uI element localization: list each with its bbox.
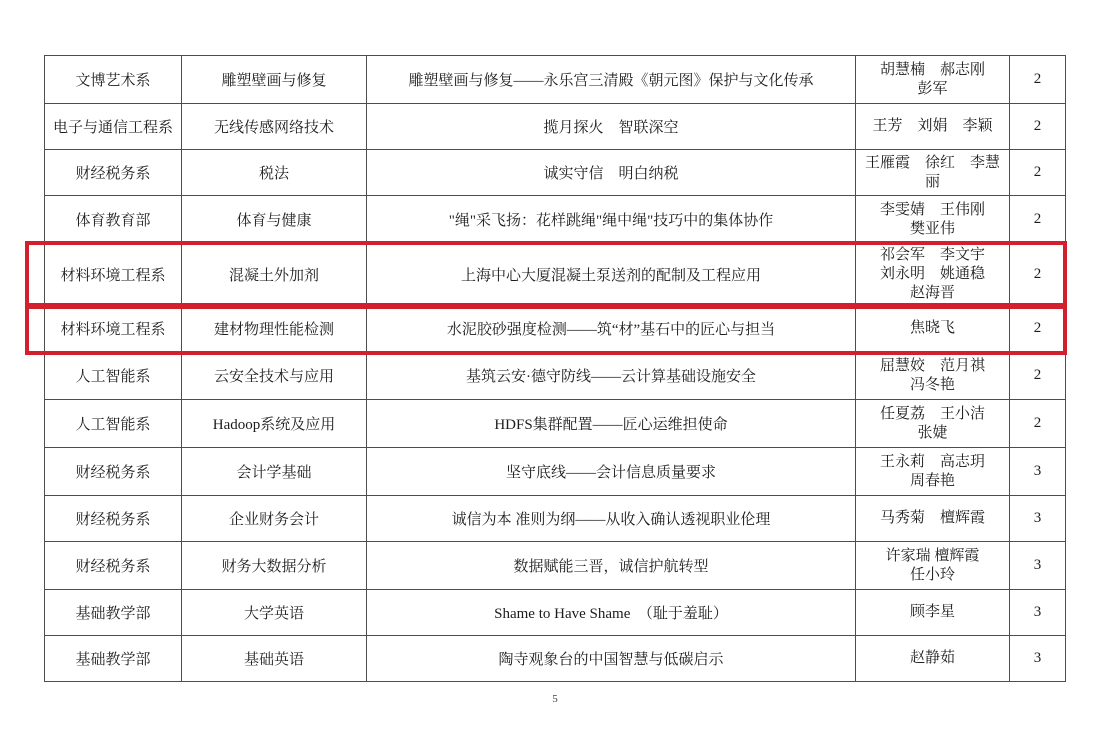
- teachers-cell: 祁会军 李文宇 刘永明 姚通稳 赵海晋: [856, 244, 1010, 306]
- title-cell: 上海中心大厦混凝土泵送剂的配制及工程应用: [367, 244, 856, 306]
- table-row: 基础教学部大学英语Shame to Have Shame （耻于羞耻）顾李星3: [45, 590, 1066, 636]
- table-row: 财经税务系会计学基础坚守底线——会计信息质量要求王永莉 高志玥 周春艳3: [45, 448, 1066, 496]
- department-cell: 电子与通信工程系: [45, 104, 182, 150]
- table-row: 财经税务系税法诚实守信 明白纳税王雁霞 徐红 李慧丽2: [45, 150, 1066, 196]
- title-cell: 诚信为本 准则为纲——从收入确认透视职业伦理: [367, 496, 856, 542]
- department-cell: 财经税务系: [45, 496, 182, 542]
- teachers-cell: 王芳 刘娟 李颖: [856, 104, 1010, 150]
- count-cell: 3: [1010, 542, 1066, 590]
- table-row: 人工智能系Hadoop系统及应用HDFS集群配置——匠心运维担使命任夏荔 王小洁…: [45, 400, 1066, 448]
- course-cell: 体育与健康: [182, 196, 367, 244]
- course-cell: 财务大数据分析: [182, 542, 367, 590]
- count-cell: 2: [1010, 150, 1066, 196]
- title-cell: HDFS集群配置——匠心运维担使命: [367, 400, 856, 448]
- course-cell: 建材物理性能检测: [182, 306, 367, 352]
- courses-table: 文博艺术系雕塑壁画与修复雕塑壁画与修复——永乐宫三清殿《朝元图》保护与文化传承胡…: [44, 55, 1066, 682]
- department-cell: 财经税务系: [45, 542, 182, 590]
- teachers-cell: 马秀菊 檀辉霞: [856, 496, 1010, 542]
- count-cell: 2: [1010, 352, 1066, 400]
- title-cell: 揽月探火 智联深空: [367, 104, 856, 150]
- title-cell: 坚守底线——会计信息质量要求: [367, 448, 856, 496]
- count-cell: 2: [1010, 306, 1066, 352]
- teachers-cell: 顾李星: [856, 590, 1010, 636]
- course-cell: 税法: [182, 150, 367, 196]
- department-cell: 人工智能系: [45, 400, 182, 448]
- teachers-cell: 任夏荔 王小洁 张婕: [856, 400, 1010, 448]
- course-cell: 混凝土外加剂: [182, 244, 367, 306]
- table-row: 人工智能系云安全技术与应用基筑云安·德守防线——云计算基础设施安全屈慧姣 范月祺…: [45, 352, 1066, 400]
- table-row: 基础教学部基础英语陶寺观象台的中国智慧与低碳启示赵静茹3: [45, 636, 1066, 682]
- course-cell: 会计学基础: [182, 448, 367, 496]
- teachers-cell: 屈慧姣 范月祺 冯冬艳: [856, 352, 1010, 400]
- count-cell: 2: [1010, 244, 1066, 306]
- course-cell: 大学英语: [182, 590, 367, 636]
- course-table-body: 文博艺术系雕塑壁画与修复雕塑壁画与修复——永乐宫三清殿《朝元图》保护与文化传承胡…: [45, 56, 1066, 682]
- title-cell: Shame to Have Shame （耻于羞耻）: [367, 590, 856, 636]
- table-row: 材料环境工程系混凝土外加剂上海中心大厦混凝土泵送剂的配制及工程应用祁会军 李文宇…: [45, 244, 1066, 306]
- count-cell: 2: [1010, 104, 1066, 150]
- department-cell: 文博艺术系: [45, 56, 182, 104]
- count-cell: 3: [1010, 636, 1066, 682]
- course-cell: 云安全技术与应用: [182, 352, 367, 400]
- department-cell: 基础教学部: [45, 590, 182, 636]
- title-cell: 数据赋能三晋，诚信护航转型: [367, 542, 856, 590]
- course-cell: 基础英语: [182, 636, 367, 682]
- course-cell: 企业财务会计: [182, 496, 367, 542]
- table-row: 财经税务系企业财务会计诚信为本 准则为纲——从收入确认透视职业伦理马秀菊 檀辉霞…: [45, 496, 1066, 542]
- teachers-cell: 赵静茹: [856, 636, 1010, 682]
- document-page: 文博艺术系雕塑壁画与修复雕塑壁画与修复——永乐宫三清殿《朝元图》保护与文化传承胡…: [0, 0, 1110, 747]
- department-cell: 材料环境工程系: [45, 244, 182, 306]
- count-cell: 3: [1010, 590, 1066, 636]
- table-row: 财经税务系财务大数据分析数据赋能三晋，诚信护航转型许家瑞 檀辉霞 任小玲3: [45, 542, 1066, 590]
- table-row: 体育教育部体育与健康"绳"采飞扬：花样跳绳"绳中绳"技巧中的集体协作李雯婧 王伟…: [45, 196, 1066, 244]
- title-cell: 基筑云安·德守防线——云计算基础设施安全: [367, 352, 856, 400]
- teachers-cell: 王雁霞 徐红 李慧丽: [856, 150, 1010, 196]
- title-cell: "绳"采飞扬：花样跳绳"绳中绳"技巧中的集体协作: [367, 196, 856, 244]
- department-cell: 财经税务系: [45, 448, 182, 496]
- department-cell: 财经税务系: [45, 150, 182, 196]
- teachers-cell: 许家瑞 檀辉霞 任小玲: [856, 542, 1010, 590]
- course-cell: 雕塑壁画与修复: [182, 56, 367, 104]
- department-cell: 材料环境工程系: [45, 306, 182, 352]
- table-row: 材料环境工程系建材物理性能检测水泥胶砂强度检测——筑“材”基石中的匠心与担当焦晓…: [45, 306, 1066, 352]
- department-cell: 人工智能系: [45, 352, 182, 400]
- count-cell: 3: [1010, 448, 1066, 496]
- course-cell: 无线传感网络技术: [182, 104, 367, 150]
- teachers-cell: 王永莉 高志玥 周春艳: [856, 448, 1010, 496]
- department-cell: 体育教育部: [45, 196, 182, 244]
- title-cell: 水泥胶砂强度检测——筑“材”基石中的匠心与担当: [367, 306, 856, 352]
- teachers-cell: 焦晓飞: [856, 306, 1010, 352]
- count-cell: 3: [1010, 496, 1066, 542]
- count-cell: 2: [1010, 400, 1066, 448]
- page-number: 5: [0, 693, 1110, 705]
- teachers-cell: 李雯婧 王伟刚 樊亚伟: [856, 196, 1010, 244]
- title-cell: 陶寺观象台的中国智慧与低碳启示: [367, 636, 856, 682]
- count-cell: 2: [1010, 196, 1066, 244]
- count-cell: 2: [1010, 56, 1066, 104]
- course-cell: Hadoop系统及应用: [182, 400, 367, 448]
- title-cell: 诚实守信 明白纳税: [367, 150, 856, 196]
- department-cell: 基础教学部: [45, 636, 182, 682]
- title-cell: 雕塑壁画与修复——永乐宫三清殿《朝元图》保护与文化传承: [367, 56, 856, 104]
- table-row: 电子与通信工程系无线传感网络技术揽月探火 智联深空王芳 刘娟 李颖2: [45, 104, 1066, 150]
- table-row: 文博艺术系雕塑壁画与修复雕塑壁画与修复——永乐宫三清殿《朝元图》保护与文化传承胡…: [45, 56, 1066, 104]
- table-wrap: 文博艺术系雕塑壁画与修复雕塑壁画与修复——永乐宫三清殿《朝元图》保护与文化传承胡…: [44, 55, 1065, 682]
- teachers-cell: 胡慧楠 郝志刚 彭军: [856, 56, 1010, 104]
